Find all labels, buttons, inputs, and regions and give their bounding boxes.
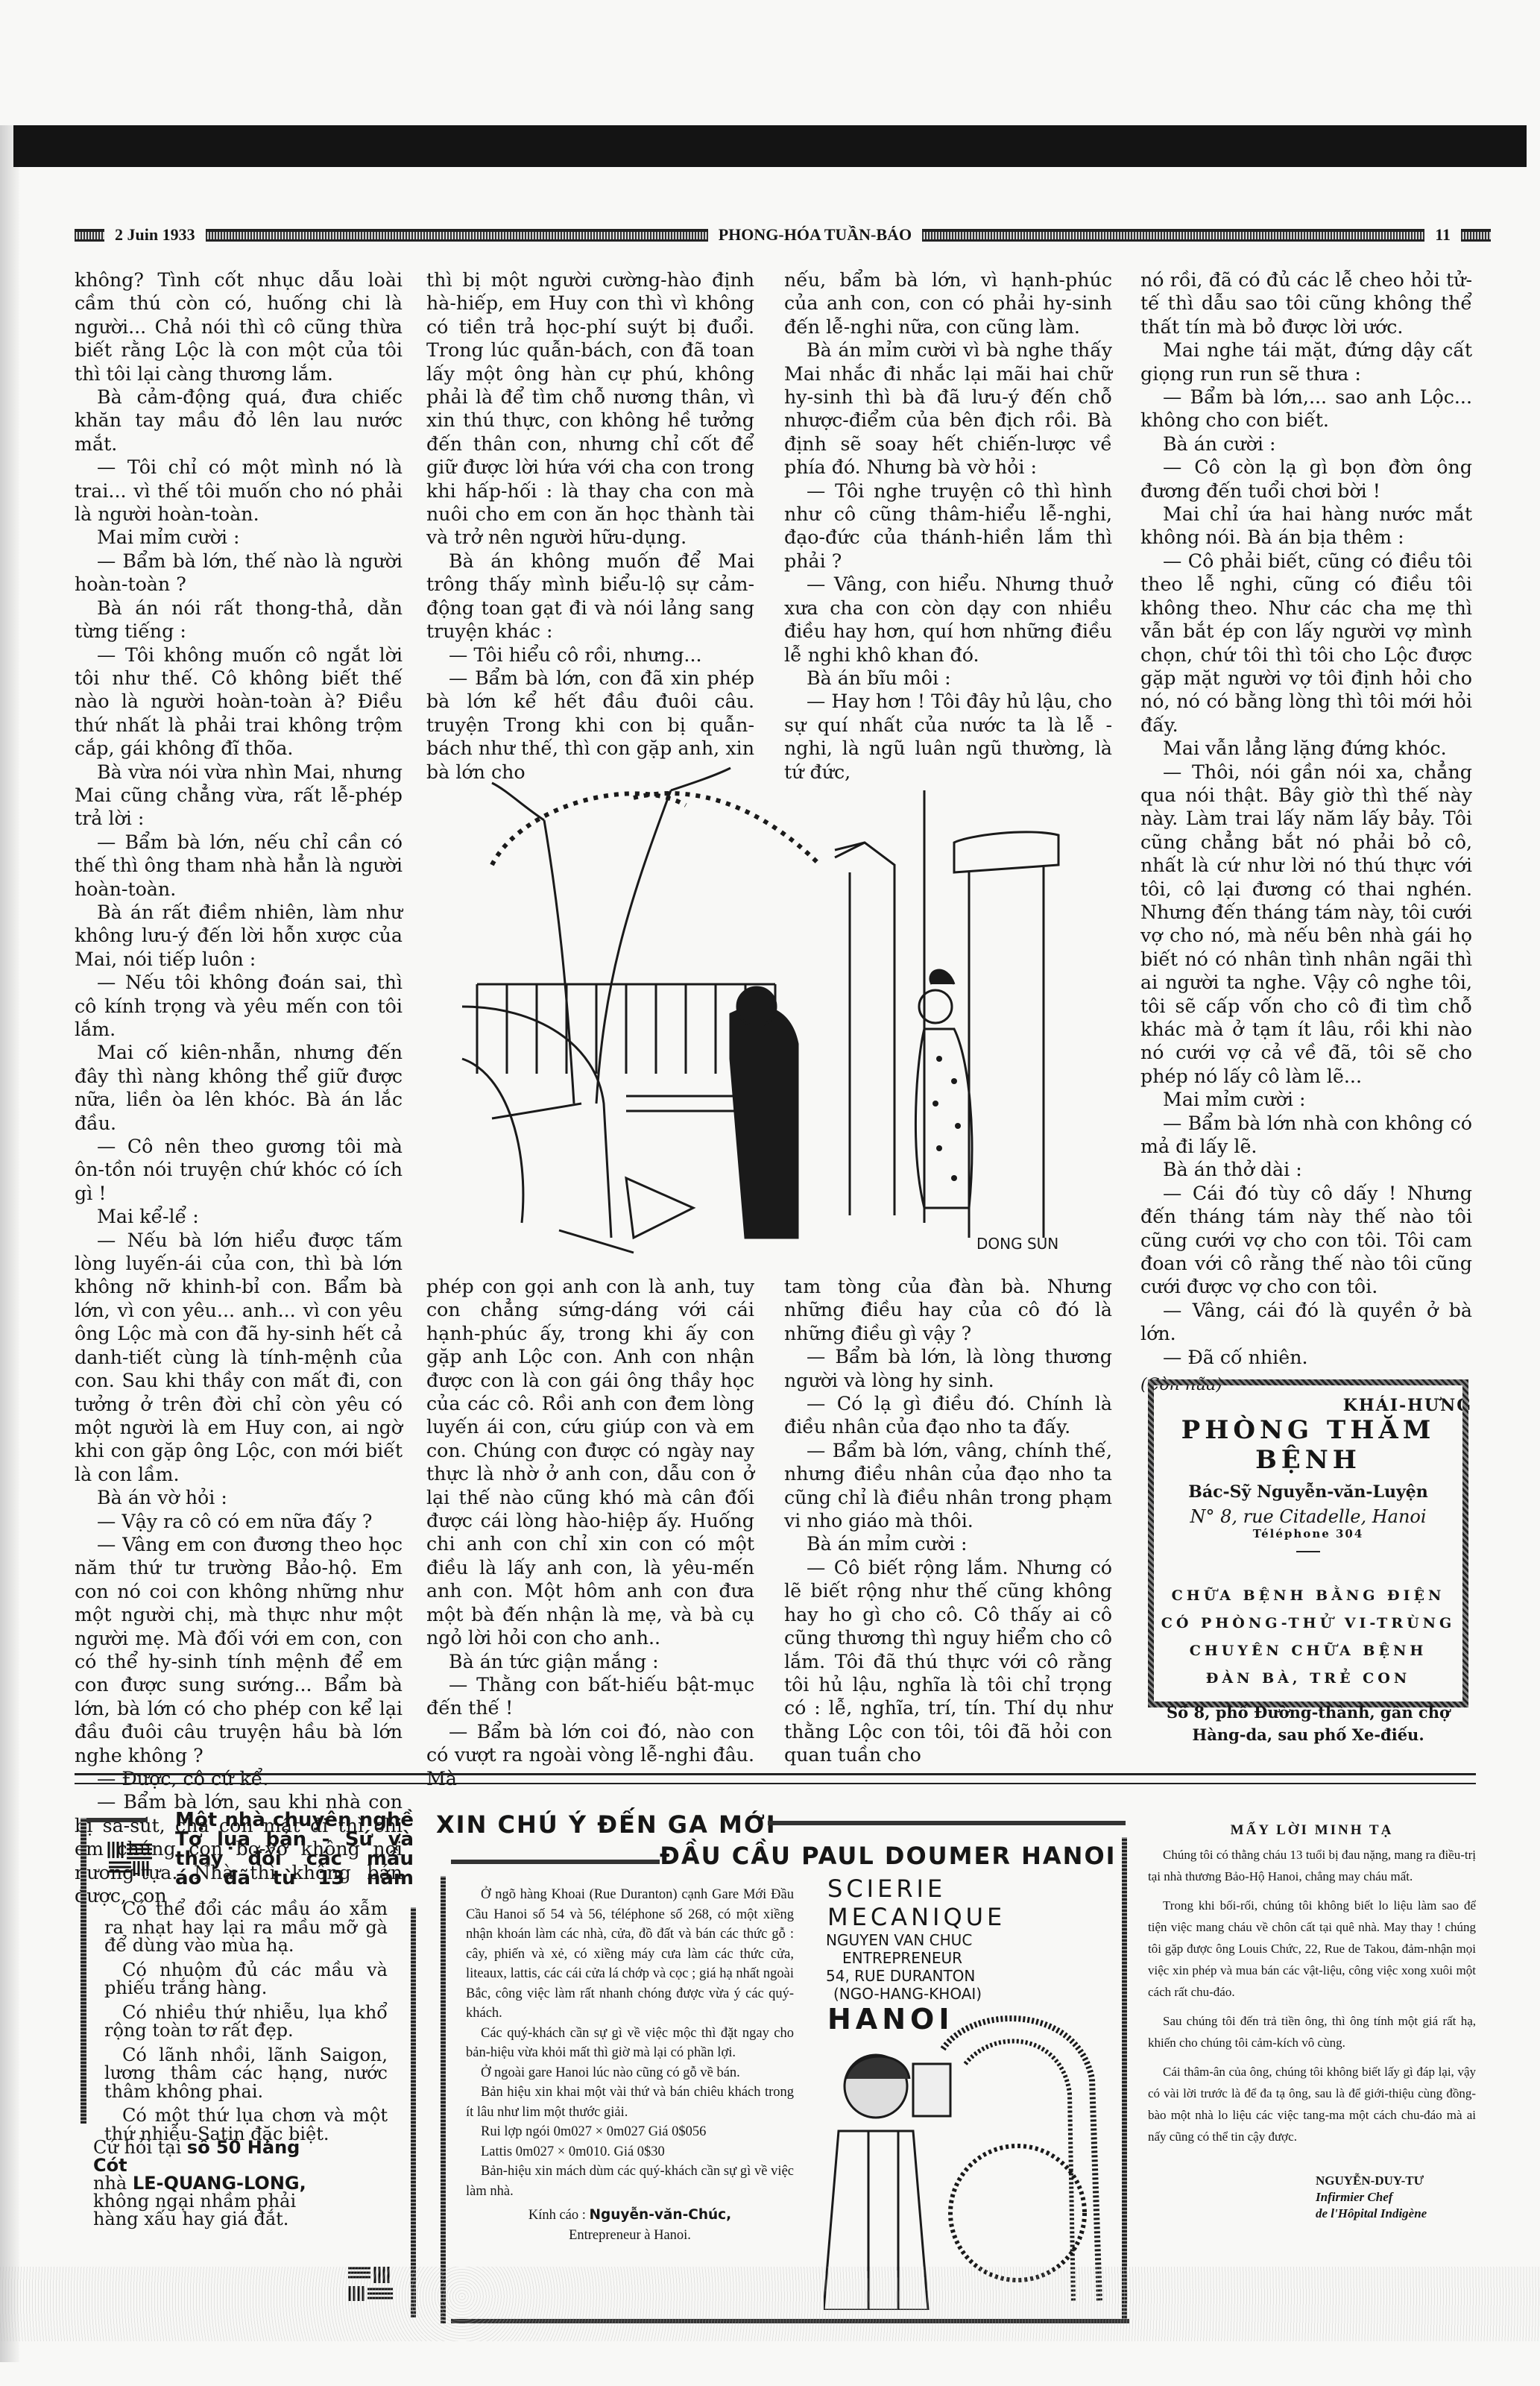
paragraph: Bà án mỉm cười vì bà nghe thấy Mai nhắc … [784,339,1112,479]
paragraph: — Bẩm bà lớn, nếu chỉ cần có thế thì ông… [75,831,403,901]
paragraph: Bà án thở dài : [1140,1158,1472,1181]
paragraph: — Thôi, nói gần nói xa, chẳng qua nói th… [1140,761,1472,1089]
silk-logo-icon [106,1840,154,1876]
clinic-doctor: Bác-Sỹ Nguyễn-văn-Luyện [1154,1482,1462,1502]
paragraph: — Cái đó tùy cô dấy ! Nhưng đến tháng tá… [1140,1182,1472,1299]
paragraph: — Cô nên theo gương tôi mà ôn-tồn nói tr… [75,1135,403,1205]
paragraph: — Tôi hiểu cô rồi, nhưng... [426,643,754,667]
paragraph: Mai chỉ ứa hai hàng nước mắt không nói. … [1140,503,1472,550]
story-column-4: nó rồi, đã có đủ các lễ cheo hỏi tử-tế t… [1140,268,1472,1417]
svg-text:DONG SUN: DONG SUN [976,1235,1058,1253]
paragraph: — Bẩm bà lớn,... sao anh Lộc... không ch… [1140,385,1472,432]
paragraph: Bà án không muốn để Mai trông thấy mình … [426,550,754,643]
story-illustration: DONG SUN [447,761,1118,1268]
paragraph: — Nếu bà lớn hiểu được tấm lòng luyến-ái… [75,1229,403,1486]
sawmill-headline-1: XIN CHÚ Ý ĐẾN GA MỚI [436,1810,777,1839]
paragraph: — Cô còn lạ gì bọn đờn ông đương đến tuổ… [1140,456,1472,503]
story-column-3-bottom: tam tòng của đàn bà. Nhưng những điều ha… [784,1275,1112,1767]
paragraph: — Thằng con bất-hiếu bật-mục đến thế ! [426,1673,754,1720]
paragraph: — Bẩm bà lớn, thế nào là người hoàn-toàn… [75,550,403,596]
story-column-3-top: nếu, bẩm bà lớn, vì hạnh-phúc của anh co… [784,268,1112,784]
scan-top-band [13,125,1527,167]
paragraph: phép con gọi anh con là anh, tuy con chẳ… [426,1275,754,1650]
paragraph: Mai vẫn lẳng lặng đứng khóc. [1140,737,1472,760]
silk-body: Có thể đổi các mầu áo xẫm ra nhạt hay lạ… [104,1900,388,2149]
paragraph: — Tôi không muốn cô ngắt lời tôi như thế… [75,643,403,761]
ad-frame [441,1876,446,2323]
paragraph: nếu, bẩm bà lớn, vì hạnh-phúc của anh co… [784,268,1112,339]
sawmill-headline-2: ĐẦU CẦU PAUL DOUMER HANOI [660,1842,1117,1870]
paragraph: Bà án mỉm cười : [784,1532,1112,1555]
sawmill-worker-drawing-icon [824,2004,1114,2310]
illustration-drawing-icon: DONG SUN [447,761,1118,1268]
silk-shop-advertisement: Một nhà chuyên nghề Tơ lụa bản - Sứ và t… [75,1810,425,2317]
clinic-telephone: Téléphone 304 [1154,1527,1462,1540]
ad-frame [768,1821,1126,1825]
paragraph: Bà án nói rất thong-thả, dằn từng tiếng … [75,596,403,643]
paragraph: — Vâng, cái đó là quyền ở bà lớn. [1140,1299,1472,1346]
paragraph: — Đã cố nhiên. [1140,1346,1472,1369]
scan-noise [0,2267,1540,2341]
paragraph: — Vậy ra cô có em nữa đấy ? [75,1510,403,1533]
story-column-2-bottom: phép con gọi anh con là anh, tuy con chẳ… [426,1275,754,1790]
masthead-rule [1461,229,1491,242]
clinic-address-vn: Số 8, phố Đường-thành, gần chợ Hàng-da, … [1154,1702,1462,1746]
paragraph: — Tôi chỉ có một mình nó là trai... vì t… [75,456,403,526]
paragraph: — Bẩm bà lớn nhà con không có mả đi lấy … [1140,1112,1472,1159]
paragraph: Mai nghe tái mặt, đứng dậy cất giọng run… [1140,339,1472,385]
thanks-signature: NGUYỄN-DUY-TƯ Infirmier Chef de l'Hôpita… [1316,2173,1476,2222]
ad-frame [411,1907,416,2317]
paragraph: nó rồi, đã có đủ các lễ cheo hỏi tử-tế t… [1140,268,1472,339]
issue-date: 2 Juin 1933 [115,225,195,245]
paragraph: Mai kể-lể : [75,1205,403,1228]
thanks-title: MẤY LỜI MINH TẠ [1148,1819,1476,1841]
clinic-service: CÓ PHÒNG-THỬ VI-TRÙNG [1154,1610,1462,1637]
story-column-2-top: thì bị một người cường-hào định hà-hiếp,… [426,268,754,784]
masthead-rule [206,229,708,242]
paragraph: — Bẩm bà lớn, là lòng thương người và lò… [784,1345,1112,1392]
paragraph: Bà án rất điềm nhiên, làm như không lưu-… [75,901,403,971]
masthead-rule [75,229,104,242]
paragraph: — Vâng em con đương theo học năm thứ tư … [75,1533,403,1767]
paragraph: Mai cố kiên-nhẫn, nhưng đến đây thì nàng… [75,1041,403,1135]
clinic-service: CHỮA BỆNH BẰNG ĐIỆN [1154,1582,1462,1610]
clinic-service: CHUYÊN CHỮA BỆNH [1154,1637,1462,1665]
clinic-title: PHÒNG THĂM BỆNH [1154,1415,1462,1475]
clinic-advertisement: PHÒNG THĂM BỆNH Bác-Sỹ Nguyễn-văn-Luyện … [1148,1379,1468,1707]
sawmill-body: Ở ngõ hàng Khoai (Rue Duranton) cạnh Gar… [466,1885,794,2245]
paragraph: — Vâng, con hiểu. Nhưng thuở xưa cha con… [784,573,1112,667]
paragraph: Bà án bĩu môi : [784,667,1112,690]
thanks-notice: MẤY LỜI MINH TẠ Chúng tôi có thằng cháu … [1148,1819,1476,2222]
page-masthead: 2 Juin 1933 PHONG-HÓA TUẦN-BÁO 11 [75,224,1491,246]
paragraph: — Có lạ gì điều đó. Chính là điều nhân c… [784,1392,1112,1439]
story-column-1: không? Tình cốt nhục dẫu loài cầm thú cò… [75,268,403,1907]
ad-frame [81,1818,86,2124]
paragraph: Bà án vờ hỏi : [75,1486,403,1509]
paragraph: không? Tình cốt nhục dẫu loài cầm thú cò… [75,268,403,385]
sawmill-signature: Kính cáo : Nguyễn-văn-Chúc, Entrepreneur… [466,2206,794,2245]
paragraph: Bà vừa nói vừa nhìn Mai, nhưng Mai cũng … [75,761,403,831]
masthead-rule [922,229,1424,242]
paragraph: tam tòng của đàn bà. Nhưng những điều ha… [784,1275,1112,1345]
paragraph: Bà cảm-động quá, đưa chiếc khăn tay mầu … [75,385,403,456]
section-divider [75,1773,1476,1784]
scan-edge [0,125,19,2362]
page-number: 11 [1435,225,1451,245]
clinic-service: ĐÀN BÀ, TRẺ CON [1154,1665,1462,1693]
paragraph: — Tôi nghe truyện cô thì hình như cô cũn… [784,479,1112,573]
paragraph: Bà án tức giận mắng : [426,1650,754,1673]
silk-footer: Cứ hỏi tại số 50 Hàng Cót nhà LE-QUANG-L… [93,2138,332,2228]
clinic-address-fr: N° 8, rue Citadelle, Hanoi [1154,1506,1462,1527]
ad-frame [451,1860,660,1864]
silk-headline: Một nhà chuyên nghề Tơ lụa bản - Sứ và t… [175,1810,414,1888]
story-column-4-text: nó rồi, đã có đủ các lễ cheo hỏi tử-tế t… [1140,268,1472,1369]
paragraph: — Nếu tôi không đoán sai, thì cô kính tr… [75,971,403,1041]
clinic-divider [1296,1551,1320,1552]
sawmill-advertisement: XIN CHÚ Ý ĐẾN GA MỚI ĐẦU CẦU PAUL DOUMER… [436,1810,1137,2325]
paragraph: — Cô biết rộng lắm. Nhưng có lẽ biết rộn… [784,1556,1112,1767]
ad-frame [81,1818,148,1822]
paragraph: Bà án cười : [1140,432,1472,456]
paragraph: thì bị một người cường-hào định hà-hiếp,… [426,268,754,550]
paragraph: — Bẩm bà lớn, vâng, chính thế, nhưng điề… [784,1439,1112,1533]
paragraph: Mai mỉm cười : [75,526,403,549]
newspaper-title: PHONG-HÓA TUẦN-BÁO [719,225,912,245]
paragraph: — Cô phải biết, cũng có điều tôi theo lễ… [1140,550,1472,737]
paragraph: Mai mỉm cười : [1140,1088,1472,1111]
